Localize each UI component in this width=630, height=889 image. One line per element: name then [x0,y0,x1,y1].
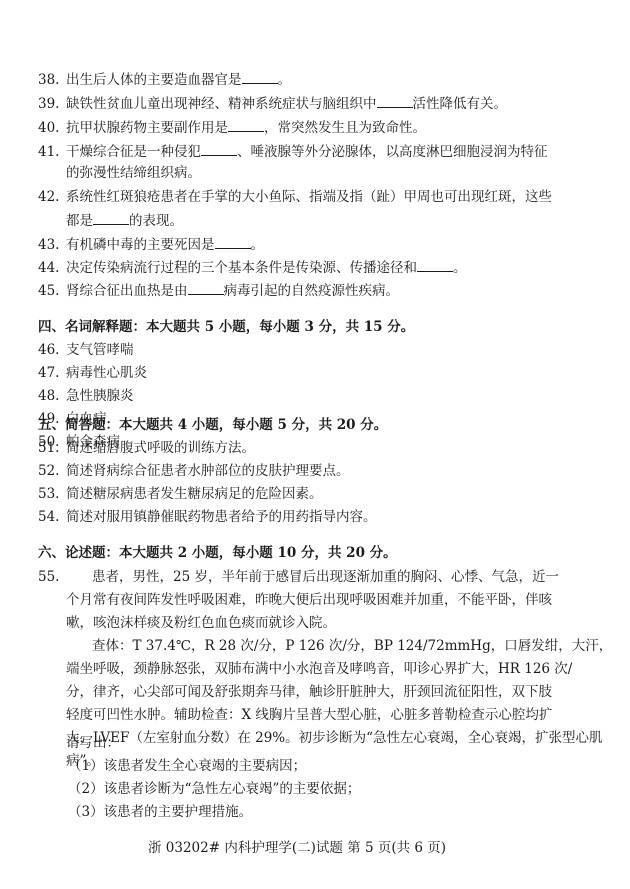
question-number: 53. [38,485,66,503]
question-53: 53.简述糖尿病患者发生糖尿病足的危险因素。 [38,485,323,503]
question-text: 的弥漫性结缔组织病。 [66,165,201,181]
question-46: 46.支气管哮喘 [38,341,134,359]
question-number: 54. [38,508,66,526]
question-number: 47. [38,364,66,382]
question-number: 51. [38,439,66,457]
question-number: 39. [38,95,66,113]
question-52: 52.简述肾病综合征患者水肿部位的皮肤护理要点。 [38,462,350,480]
question-text: 简述肾病综合征患者水肿部位的皮肤护理要点。 [66,463,350,479]
answer-blank [201,142,237,156]
question-number: 44. [38,259,66,277]
question-42-continued: 都是的表现。 [66,211,183,230]
answer-blank [228,118,264,132]
question-44: 44.决定传染病流行过程的三个基本条件是传染源、传播途径和。 [38,258,467,277]
question-text: 都是 [66,213,93,229]
question-text: 急性胰腺炎 [66,388,134,404]
case-line: 查体：T 37.4℃，R 28 次/分，P 126 次/分，BP 124/72m… [92,637,612,655]
question-text: 的表现。 [129,213,183,229]
question-text: 、唾液腺等外分泌腺体，以高度淋巴细胞浸润为特征 [237,144,548,160]
case-line: 端坐呼吸，颈静脉怒张，双肺布满中小水泡音及哮鸣音，叩诊心界扩大，HR 126 次… [66,660,572,678]
sub-question-2: （2）该患者诊断为“急性左心衰竭”的主要依据； [68,780,360,798]
question-number: 38. [38,71,66,89]
answer-blank [93,211,129,225]
sub-question-1: （1）该患者发生全心衰竭的主要病因； [68,757,306,775]
question-text: ，常突然发生且为致命性。 [264,120,426,136]
question-number: 45. [38,282,66,300]
question-41-continued: 的弥漫性结缔组织病。 [66,164,201,182]
section-6-heading: 六、论述题：本大题共 2 小题，每小题 10 分，共 20 分。 [38,544,397,562]
question-text: 有机磷中毒的主要死因是 [66,237,215,253]
question-text: 活性降低有关。 [413,96,508,112]
question-55: 55. [38,568,66,586]
question-39: 39.缺铁性贫血儿童出现神经、精神系统症状与脑组织中活性降低有关。 [38,94,507,113]
question-text: 系统性红斑狼疮患者在手掌的大小鱼际、指端及指（趾）甲周也可出现红斑，这些 [66,189,552,205]
section-4-heading: 四、名词解释题：本大题共 5 小题，每小题 3 分，共 15 分。 [38,318,414,336]
question-text: 支气管哮喘 [66,342,134,358]
question-text: 干燥综合征是一种侵犯 [66,144,201,160]
question-number: 41. [38,143,66,161]
question-47: 47.病毒性心肌炎 [38,364,147,382]
question-54: 54.简述对服用镇静催眠药物患者给予的用药指导内容。 [38,508,377,526]
question-number: 43. [38,236,66,254]
question-42: 42.系统性红斑狼疮患者在手掌的大小鱼际、指端及指（趾）甲周也可出现红斑，这些 [38,188,552,206]
question-51: 51.简述缩唇腹式呼吸的训练方法。 [38,439,255,457]
question-text: 。 [453,260,467,276]
question-text: 缺铁性贫血儿童出现神经、精神系统症状与脑组织中 [66,96,377,112]
section-5-title: 五、简答题：本大题共 4 小题，每小题 5 分，共 20 分。 [38,416,387,434]
question-number: 42. [38,188,66,206]
question-number: 48. [38,387,66,405]
question-text: 病毒引起的自然疫源性疾病。 [224,283,400,299]
question-43: 43.有机磷中毒的主要死因是。 [38,235,264,254]
write-prompt: 请写出： [66,734,120,752]
answer-blank [188,281,224,295]
case-line: 大，LVEF（左室射血分数）在 29%。初步诊断为“急性左心衰竭，全心衰竭，扩张… [66,729,603,747]
page-footer: 浙 03202# 内科护理学(二)试题 第 5 页(共 6 页) [148,839,446,857]
case-line: 患者，男性，25 岁，半年前于感冒后出现逐渐加重的胸闷、心悸、气急，近一 [92,568,559,586]
question-40: 40.抗甲状腺药物主要副作用是，常突然发生且为致命性。 [38,118,426,137]
question-text: 肾综合征出血热是由 [66,283,188,299]
case-line: 分，律齐，心尖部可闻及舒张期奔马律，触诊肝脏肿大，肝颈回流征阳性，双下肢 [66,683,552,701]
question-number: 52. [38,462,66,480]
question-text: 。 [251,237,265,253]
question-text: 简述糖尿病患者发生糖尿病足的危险因素。 [66,486,323,502]
question-text: 简述缩唇腹式呼吸的训练方法。 [66,440,255,456]
question-text: 简述对服用镇静催眠药物患者给予的用药指导内容。 [66,509,377,525]
answer-blank [215,235,251,249]
question-number: 40. [38,119,66,137]
question-48: 48.急性胰腺炎 [38,387,134,405]
answer-blank [242,70,278,84]
question-number: 46. [38,341,66,359]
question-text: 出生后人体的主要造血器官是 [66,72,242,88]
question-text: 病毒性心肌炎 [66,365,147,381]
question-number: 55. [38,568,66,586]
exam-page: 38.出生后人体的主要造血器官是。 39.缺铁性贫血儿童出现神经、精神系统症状与… [0,0,630,889]
case-line: 轻度可凹性水肿。辅助检查：X 线胸片呈普大型心脏，心脏多普勒检查示心腔均扩 [66,706,552,724]
answer-blank [417,258,453,272]
question-38: 38.出生后人体的主要造血器官是。 [38,70,291,89]
question-text: 抗甲状腺药物主要副作用是 [66,120,228,136]
case-line: 嗽，咳泡沫样痰及粉红色血色痰而就诊入院。 [66,614,336,632]
question-text: 决定传染病流行过程的三个基本条件是传染源、传播途径和 [66,260,417,276]
question-45: 45.肾综合征出血热是由病毒引起的自然疫源性疾病。 [38,281,399,300]
question-41: 41.干燥综合征是一种侵犯、唾液腺等外分泌腺体，以高度淋巴细胞浸润为特征 [38,142,548,161]
sub-question-3: （3）该患者的主要护理措施。 [68,803,252,821]
answer-blank [377,94,413,108]
case-line: 个月常有夜间阵发性呼吸困难，昨晚大便后出现呼吸困难并加重，不能平卧，伴咳 [66,591,552,609]
question-text: 。 [278,72,292,88]
